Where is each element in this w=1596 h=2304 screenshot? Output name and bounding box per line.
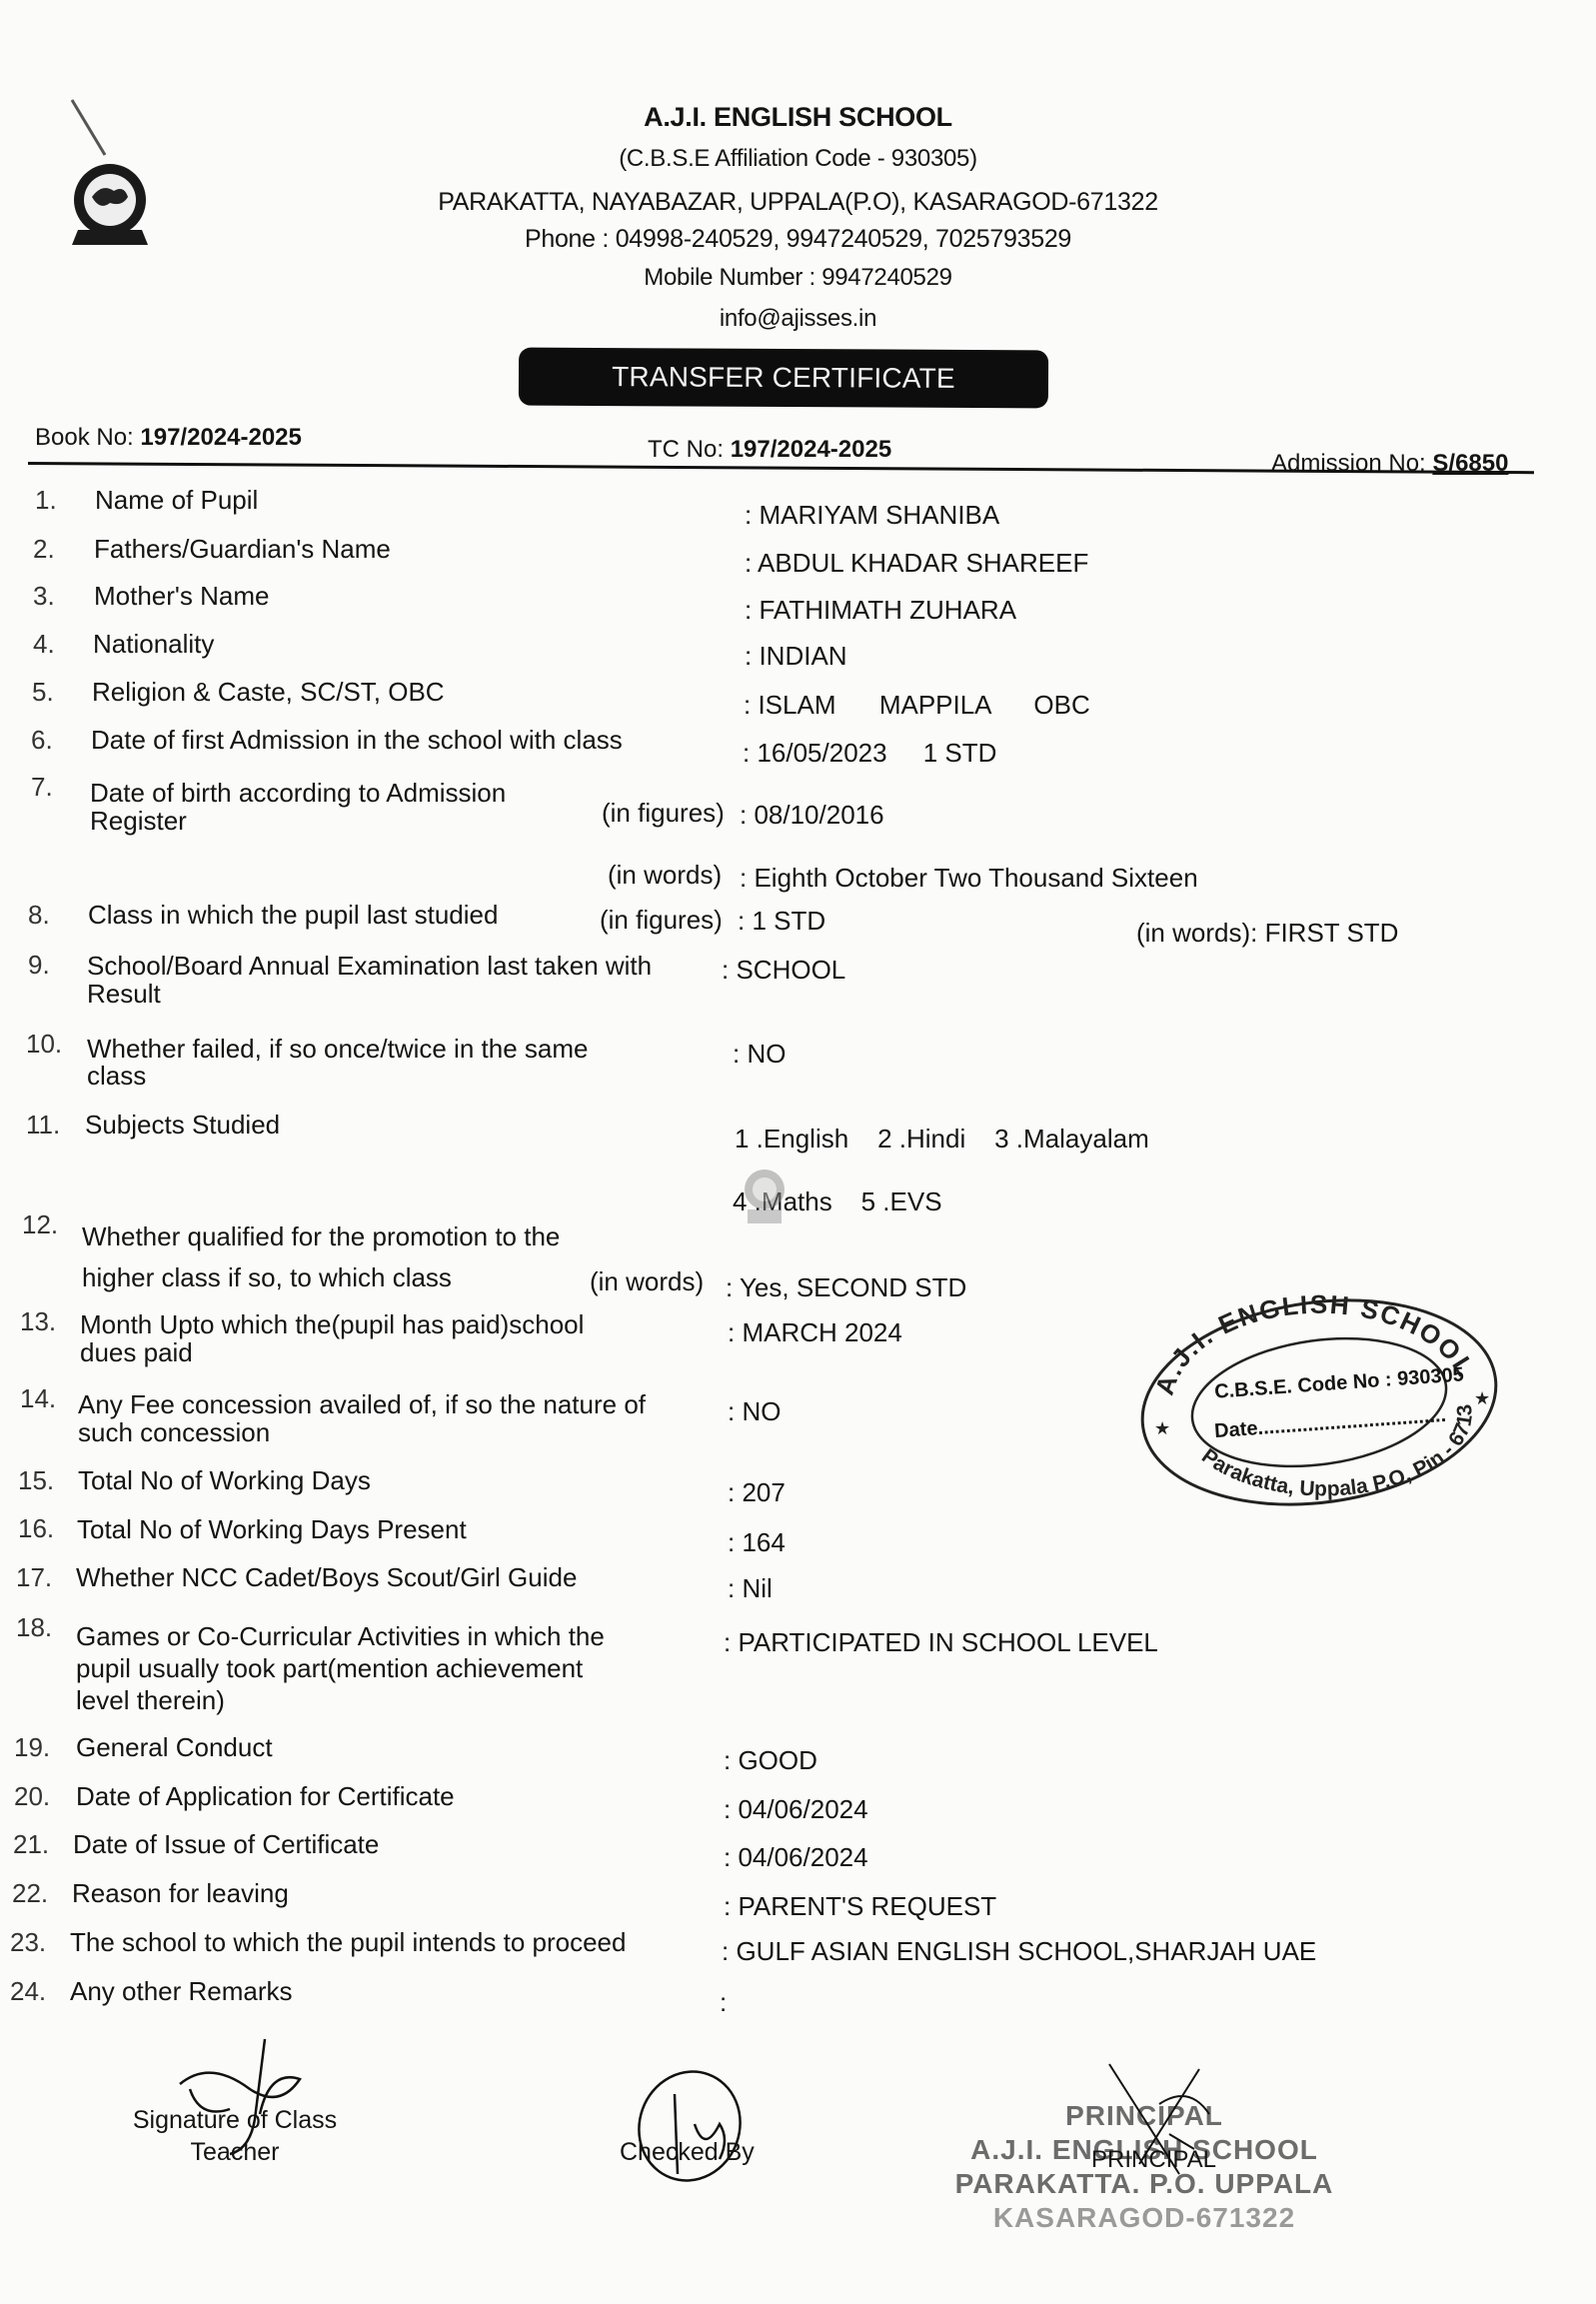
field-value-conduct: : GOOD: [724, 1745, 817, 1776]
field-number: 10.: [26, 1029, 62, 1060]
field-value-nationality: : INDIAN: [745, 641, 847, 672]
field-label-dues-paid-cont: dues paid: [80, 1337, 193, 1367]
svg-text:★: ★: [1154, 1418, 1170, 1438]
field-value-dues-paid: : MARCH 2024: [728, 1317, 902, 1348]
field-number: 2.: [33, 534, 55, 565]
principal-stamp-line4: KASARAGOD-671322: [954, 2201, 1334, 2235]
field-label-issue-date: Date of Issue of Certificate: [73, 1829, 379, 1859]
field-value-promotion: : Yes, SECOND STD: [726, 1272, 966, 1303]
field-number: 12.: [22, 1209, 58, 1240]
tc-number: TC No: 197/2024-2025: [648, 436, 891, 464]
school-seal: A.J.I. ENGLISH SCHOOL Parakatta, Uppala …: [1134, 1284, 1504, 1514]
field-label-next-school: The school to which the pupil intends to…: [70, 1927, 626, 1957]
field-label-nationality: Nationality: [93, 629, 214, 659]
field-value-exam: : SCHOOL: [722, 955, 845, 986]
field-label-fee-concession: Any Fee concession availed of, if so the…: [78, 1389, 646, 1419]
field-value-next-school: : GULF ASIAN ENGLISH SCHOOL,SHARJAH UAE: [722, 1936, 1316, 1967]
field-label-mother-name: Mother's Name: [94, 581, 269, 611]
field-label-application-date: Date of Application for Certificate: [76, 1781, 455, 1811]
book-number-label: Book No:: [35, 424, 140, 451]
class-teacher-label-line2: Teacher: [115, 2136, 355, 2168]
field-label-reason-leaving: Reason for leaving: [72, 1878, 289, 1908]
principal-signature-icon: [1099, 2054, 1239, 2184]
document-title-text: TRANSFER CERTIFICATE: [612, 361, 955, 395]
school-phone: Phone : 04998-240529, 9947240529, 702579…: [0, 225, 1596, 254]
svg-text:★: ★: [1474, 1388, 1490, 1408]
field-value-subjects-line1: 1 .English 2 .Hindi 3 .Malayalam: [735, 1124, 1149, 1154]
field-number: 21.: [13, 1829, 49, 1860]
field-number: 17.: [16, 1562, 52, 1593]
field-value-name-of-pupil: : MARIYAM SHANIBA: [745, 500, 999, 531]
field-value-application-date: : 04/06/2024: [724, 1794, 868, 1825]
field-value-mother-name: : FATHIMATH ZUHARA: [745, 595, 1016, 626]
field-value-dob-words: : Eighth October Two Thousand Sixteen: [740, 863, 1198, 894]
field-value-remarks: :: [720, 1987, 727, 2018]
field-number: 14.: [20, 1383, 56, 1414]
class-teacher-label-line1: Signature of Class: [115, 2104, 355, 2136]
field-value-failed: : NO: [733, 1039, 786, 1070]
field-value-father-name: : ABDUL KHADAR SHAREEF: [745, 548, 1088, 579]
field-label-dues-paid: Month Upto which the(pupil has paid)scho…: [80, 1309, 584, 1339]
book-number: Book No: 197/2024-2025: [35, 424, 302, 452]
checked-by-signature-icon: [620, 2064, 760, 2194]
field-value-dob-figures: : 08/10/2016: [740, 800, 884, 831]
qualifier-in-figures: (in figures): [602, 798, 725, 829]
field-label-failed-cont: class: [87, 1061, 146, 1091]
school-address: PARAKATTA, NAYABAZAR, UPPALA(P.O), KASAR…: [0, 188, 1596, 217]
field-value-ncc: : Nil: [728, 1573, 773, 1604]
field-number: 13.: [20, 1306, 56, 1337]
qualifier-in-words: (in words): [608, 860, 722, 891]
affiliation-code: (C.B.S.E Affiliation Code - 930305): [0, 145, 1596, 173]
field-number: 5.: [32, 677, 54, 708]
field-label-activities: Games or Co-Curricular Activities in whi…: [76, 1621, 605, 1651]
field-value-religion-caste: : ISLAM MAPPILA OBC: [744, 690, 1090, 721]
checked-by-label: Checked By: [620, 2136, 755, 2168]
field-number: 1.: [35, 485, 57, 516]
field-label-exam: School/Board Annual Examination last tak…: [87, 951, 652, 981]
document-title: TRANSFER CERTIFICATE: [519, 348, 1048, 409]
field-label-working-days: Total No of Working Days: [78, 1465, 371, 1495]
field-number: 8.: [28, 900, 50, 931]
field-value-issue-date: : 04/06/2024: [724, 1842, 868, 1873]
field-label-ncc: Whether NCC Cadet/Boys Scout/Girl Guide: [76, 1562, 577, 1592]
field-value-days-present: : 164: [728, 1527, 786, 1558]
field-label-fee-concession-cont: such concession: [78, 1417, 270, 1447]
field-number: 22.: [12, 1878, 48, 1909]
field-label-father-name: Fathers/Guardian's Name: [94, 534, 391, 564]
field-number: 9.: [28, 950, 50, 981]
field-number: 19.: [14, 1732, 50, 1763]
field-value-last-class-figures: : 1 STD: [738, 906, 825, 937]
book-number-value: 197/2024-2025: [140, 424, 301, 451]
field-label-religion-caste: Religion & Caste, SC/ST, OBC: [92, 677, 445, 707]
field-number: 7.: [31, 772, 53, 803]
field-label-days-present: Total No of Working Days Present: [77, 1514, 467, 1544]
field-label-date-of-birth: Date of birth according to Admission: [90, 778, 506, 808]
field-number: 23.: [10, 1927, 46, 1958]
field-value-fee-concession: : NO: [728, 1396, 781, 1427]
field-number: 18.: [16, 1612, 52, 1643]
field-number: 4.: [33, 629, 55, 660]
field-label-date-of-birth-cont: Register: [90, 806, 187, 836]
field-value-reason-leaving: : PARENT'S REQUEST: [724, 1891, 996, 1922]
crest-watermark-icon: [740, 1164, 790, 1229]
field-label-name-of-pupil: Name of Pupil: [95, 485, 258, 515]
field-label-subjects: Subjects Studied: [85, 1110, 280, 1140]
school-email: info@ajisses.in: [0, 305, 1596, 333]
field-number: 15.: [18, 1465, 54, 1496]
field-label-activities-cont: pupil usually took part(mention achievem…: [76, 1653, 583, 1683]
field-label-conduct: General Conduct: [76, 1732, 273, 1762]
field-number: 24.: [10, 1976, 46, 2007]
qualifier-in-words: (in words): [590, 1266, 704, 1297]
field-number: 11.: [26, 1110, 60, 1141]
field-value-working-days: : 207: [728, 1477, 786, 1508]
seal-ellipse-icon: A.J.I. ENGLISH SCHOOL Parakatta, Uppala …: [1134, 1284, 1504, 1514]
field-label-activities-cont2: level therein): [76, 1685, 225, 1715]
school-mobile: Mobile Number : 9947240529: [0, 264, 1596, 292]
qualifier-in-figures: (in figures): [600, 905, 723, 936]
field-label-remarks: Any other Remarks: [70, 1976, 293, 2006]
tc-number-value: 197/2024-2025: [731, 436, 891, 463]
field-number: 3.: [33, 581, 55, 612]
tc-number-label: TC No:: [648, 436, 731, 463]
field-number: 6.: [31, 725, 53, 756]
field-value-first-admission: : 16/05/2023 1 STD: [743, 738, 996, 769]
field-number: 20.: [14, 1781, 50, 1812]
field-label-promotion-cont: higher class if so, to which class: [82, 1262, 452, 1292]
field-value-activities: : PARTICIPATED IN SCHOOL LEVEL: [724, 1627, 1158, 1658]
field-label-last-class: Class in which the pupil last studied: [88, 900, 498, 930]
field-label-promotion: Whether qualified for the promotion to t…: [82, 1221, 560, 1251]
class-teacher-label: Signature of Class Teacher: [115, 2104, 355, 2168]
field-label-failed: Whether failed, if so once/twice in the …: [87, 1034, 588, 1064]
field-label-exam-cont: Result: [87, 979, 161, 1009]
field-number: 16.: [18, 1513, 54, 1544]
field-value-last-class-words: (in words): FIRST STD: [1136, 918, 1398, 949]
school-name: A.J.I. ENGLISH SCHOOL: [0, 102, 1596, 133]
field-label-first-admission: Date of first Admission in the school wi…: [91, 725, 623, 755]
